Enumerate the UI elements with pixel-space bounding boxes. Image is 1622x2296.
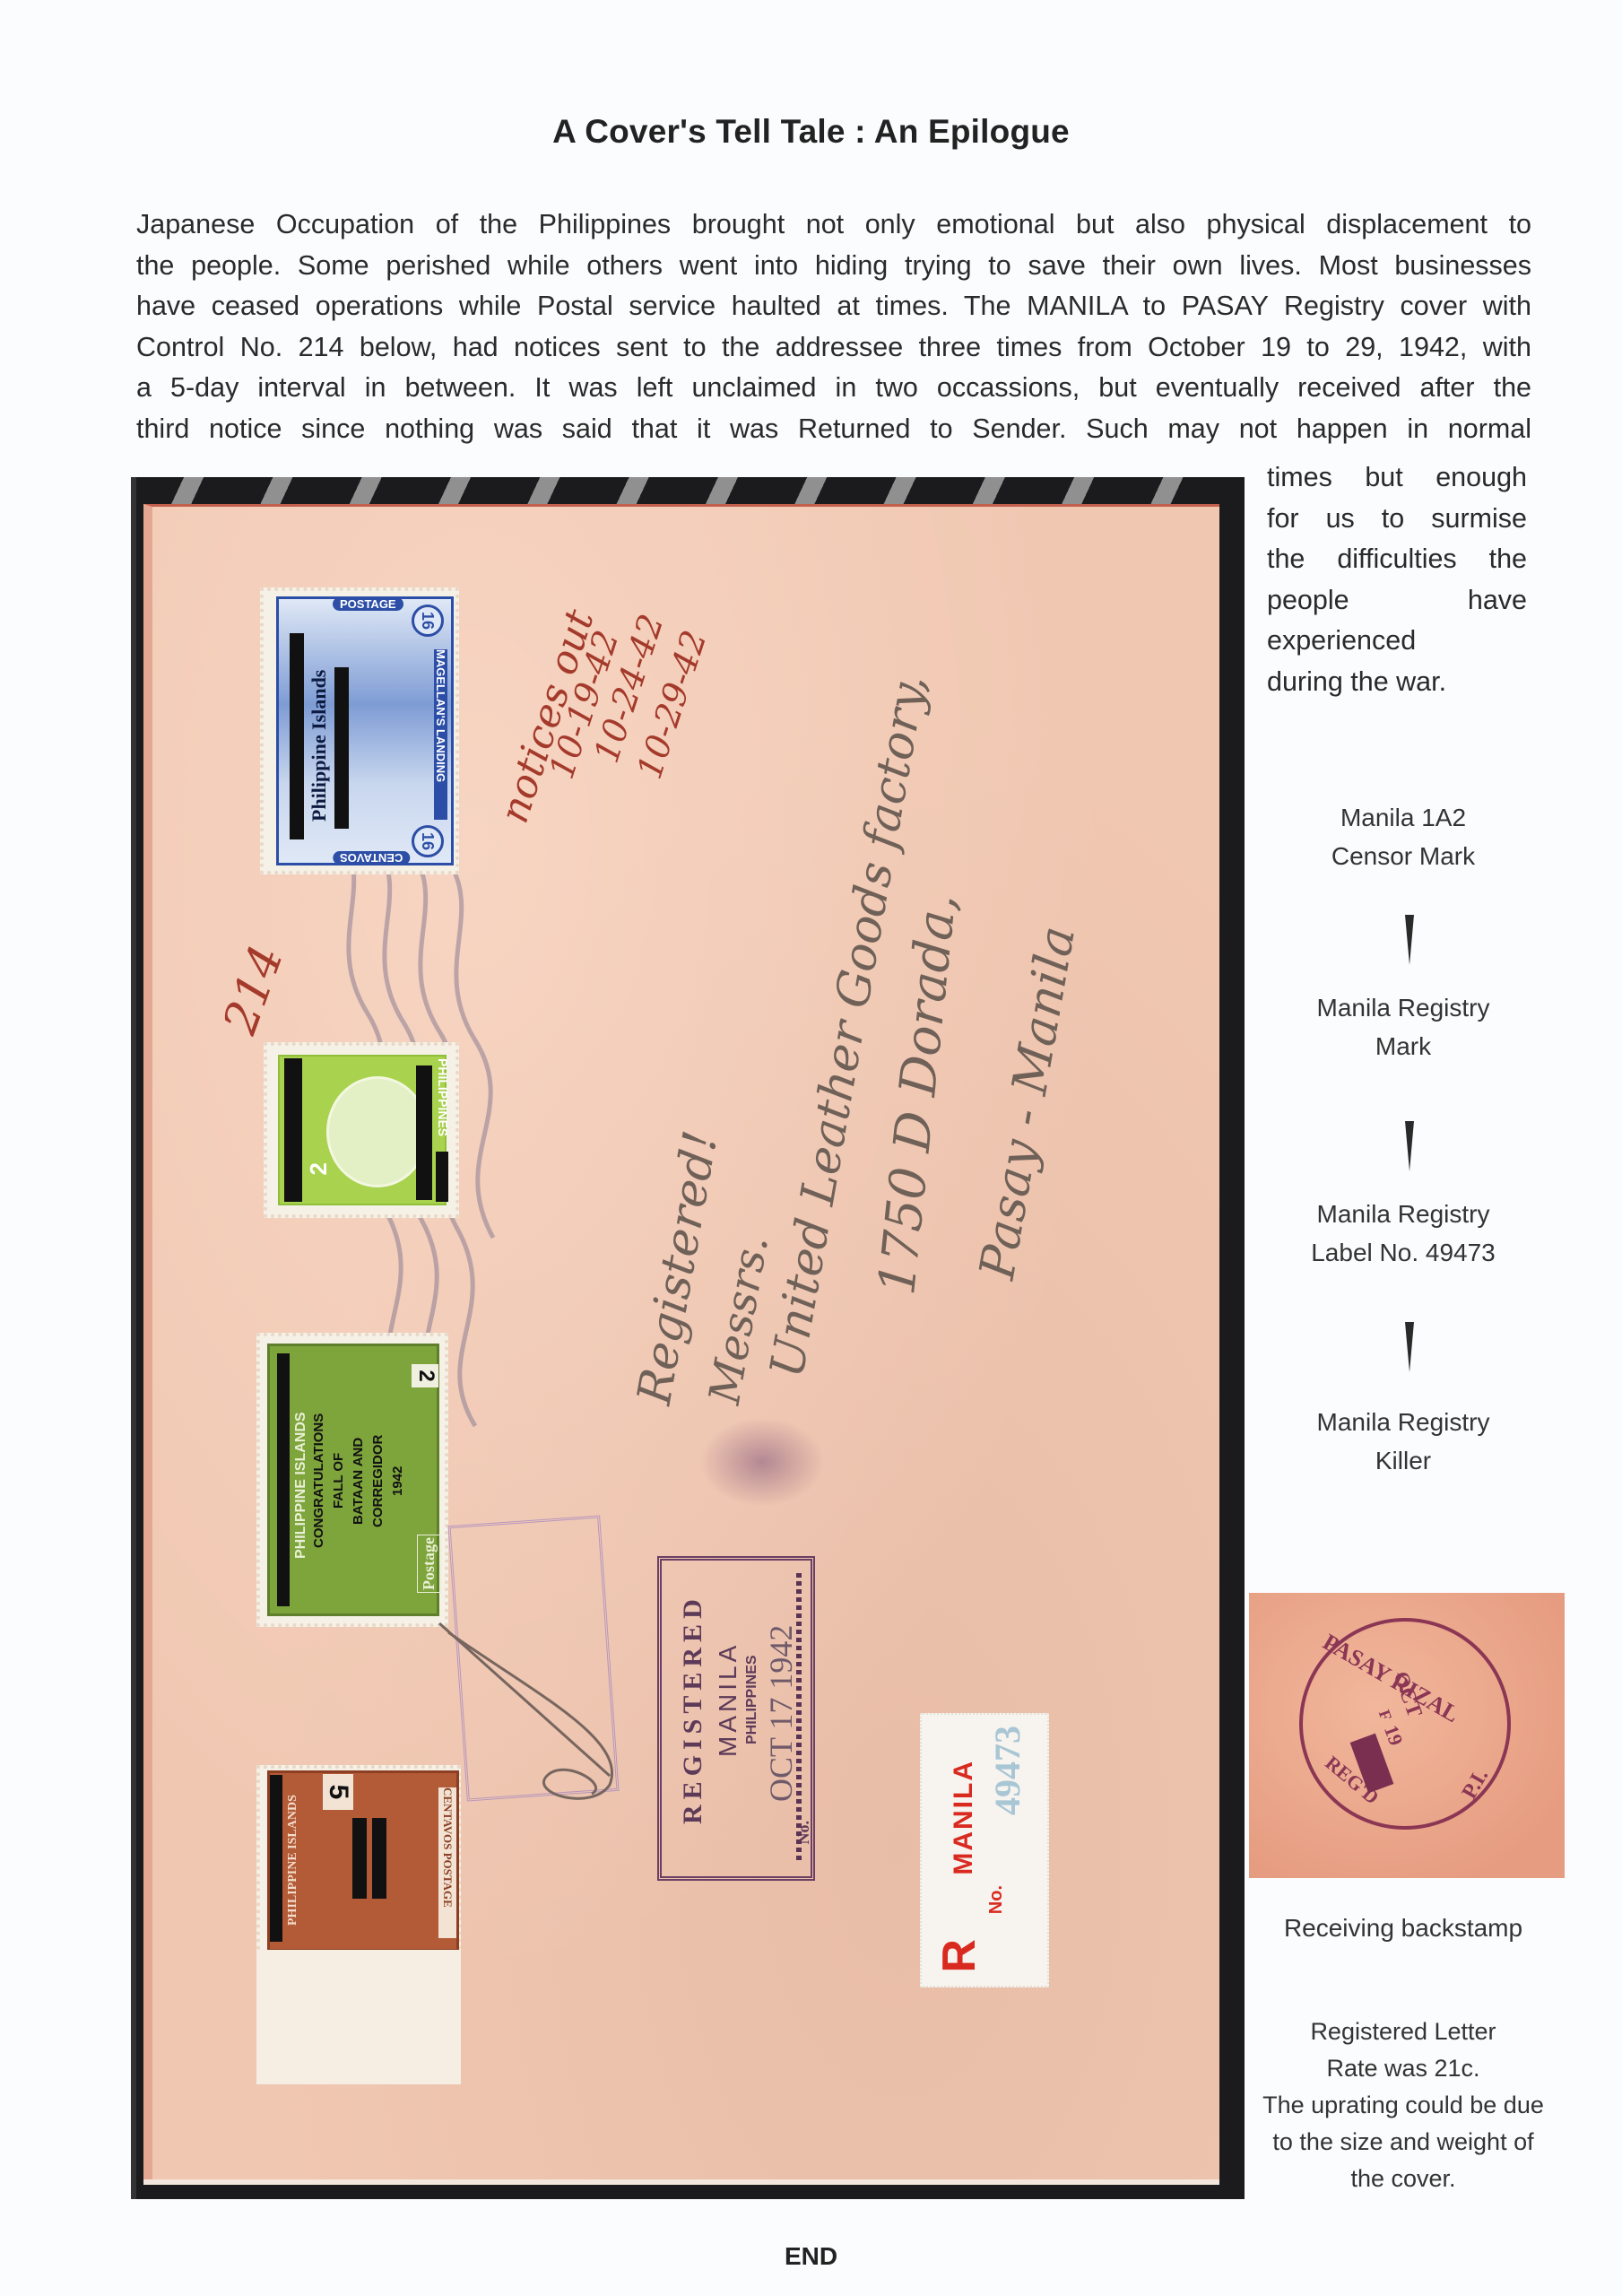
pencil-signature [430, 1614, 646, 1830]
stamp-top-label: PHILIPPINE ISLANDS [293, 1373, 309, 1597]
stamp-face: PHILIPPINE ISLANDS CONGRATULATIONS FALL … [267, 1344, 439, 1616]
intro-line: during the war. [1267, 662, 1527, 703]
registry-label-number: 49473 [986, 1726, 1028, 1815]
obliteration-bar [334, 667, 349, 829]
annotation-registry-killer: Manila Registry Killer [1255, 1403, 1551, 1480]
registry-label-no: No. [986, 1885, 1007, 1914]
cover-bottom-edge [143, 2179, 1219, 2185]
rate-note-line: Registered Letter [1255, 2013, 1551, 2050]
stamp-value: 2 [305, 1162, 333, 1175]
overprint-line: CONGRATULATIONS [311, 1355, 326, 1606]
stamp-value: 16 [412, 604, 444, 637]
stamp-bataan-corregidor: PHILIPPINE ISLANDS CONGRATULATIONS FALL … [256, 1333, 448, 1627]
registry-dotted-line [796, 1573, 802, 1864]
intro-line: have ceased operations while Postal serv… [136, 286, 1531, 327]
intro-paragraph: Japanese Occupation of the Philippines b… [136, 204, 1531, 449]
end-marker: END [0, 2242, 1622, 2271]
overprint-line: FALL OF [331, 1355, 346, 1606]
registry-mark-line: MANILA [714, 1596, 742, 1803]
intro-line: for us to surmise [1267, 499, 1527, 540]
annotation-registry-label: Manila Registry Label No. 49473 [1255, 1195, 1551, 1272]
rate-note-line: the cover. [1255, 2161, 1551, 2197]
registry-mark: REGISTERED MANILA PHILIPPINES OCT 17 194… [657, 1556, 815, 1881]
overprint-line: 1942 [390, 1355, 405, 1606]
obliteration-bar [284, 1058, 302, 1202]
annotation-line: Manila Registry [1255, 1195, 1551, 1233]
annotation-line: Mark [1255, 1027, 1551, 1065]
intro-line: a 5-day interval in between. It was left… [136, 368, 1531, 409]
rate-note-line: to the size and weight of [1255, 2124, 1551, 2161]
rate-note-line: Rate was 21c. [1255, 2050, 1551, 2087]
backstamp-caption: Receiving backstamp [1255, 1909, 1551, 1947]
registry-killer-smudge [699, 1417, 825, 1507]
stamp-top-label: POSTAGE [333, 597, 403, 611]
stamp-value: 16 [412, 825, 444, 857]
registry-label-letter: R [932, 1939, 986, 1973]
stamp-side-label: MAGELLAN'S LANDING [434, 649, 447, 820]
down-arrow-icon [1405, 1121, 1414, 1171]
stamp-portrait [326, 1076, 429, 1187]
registry-label: R No. MANILA 49473 [920, 1713, 1049, 1987]
intro-line: times but enough [1267, 457, 1527, 499]
stamp-overprint: Philippine Islands [308, 646, 331, 822]
overprint-line: CORREGIDOR [370, 1355, 386, 1606]
obliteration-bar [352, 1818, 367, 1899]
rate-note-line: The uprating could be due [1255, 2087, 1551, 2124]
stamp-bottom-label: CENTAVOS [333, 851, 410, 865]
annotation-line: Manila Registry [1255, 988, 1551, 1027]
annotation-line: Killer [1255, 1441, 1551, 1480]
page-title: A Cover's Tell Tale : An Epilogue [0, 113, 1622, 151]
stamp-face: Philippine Islands MAGELLAN'S LANDING 16… [276, 596, 454, 865]
intro-continuation: times but enough for us to surmise the d… [1267, 457, 1527, 702]
stamp-top-label: PHILIPPINE ISLANDS [286, 1800, 300, 1926]
receiving-backstamp-image: PASAY RIZAL P.I. REG'D OCT 19 F [1249, 1593, 1565, 1878]
intro-line: people have [1267, 580, 1527, 622]
intro-line: experienced [1267, 621, 1527, 662]
down-arrow-icon [1405, 1322, 1414, 1372]
mount-glare [154, 477, 1209, 504]
stamp-rizal-2c: PHILIPPINES 2 [264, 1042, 459, 1218]
annotation-line: Manila Registry [1255, 1403, 1551, 1441]
stamp-bottom-label: Postage [417, 1535, 441, 1593]
annotation-registry-mark: Manila Registry Mark [1255, 988, 1551, 1065]
intro-line: the difficulties the [1267, 539, 1527, 580]
stamp-value: 2 [412, 1364, 438, 1387]
rate-note: Registered Letter Rate was 21c. The upra… [1255, 2013, 1551, 2197]
stamp-magellan-16c: Philippine Islands MAGELLAN'S LANDING 16… [260, 587, 459, 874]
registry-mark-line: PHILIPPINES [744, 1614, 760, 1785]
intro-line: Control No. 214 below, had notices sent … [136, 327, 1531, 369]
obliteration-bar [372, 1818, 386, 1899]
obliteration-bar [416, 1065, 432, 1200]
registry-mark-line: REGISTERED [678, 1566, 708, 1853]
annotation-censor-mark: Manila 1A2 Censor Mark [1255, 798, 1551, 875]
obliteration-bar [290, 633, 304, 839]
obliteration-bar [277, 1353, 290, 1606]
down-arrow-icon [1405, 915, 1414, 965]
intro-line: Japanese Occupation of the Philippines b… [136, 204, 1531, 246]
stamp-side-label: PHILIPPINES [436, 1058, 450, 1136]
stamp-face: PHILIPPINES 2 [278, 1055, 447, 1205]
registry-mark-line: OCT 17 1942 [762, 1578, 800, 1848]
intro-line: the people. Some perished while others w… [136, 246, 1531, 287]
intro-line: third notice since nothing was said that… [136, 409, 1531, 450]
obliteration-bar [436, 1152, 448, 1202]
annotation-line: Label No. 49473 [1255, 1233, 1551, 1272]
registry-label-city: MANILA [949, 1760, 979, 1875]
overprint-line: BATAAN AND [351, 1355, 366, 1606]
obliteration-bar [270, 1775, 282, 1942]
stamp-value: 5 [323, 1774, 353, 1810]
annotation-line: Censor Mark [1255, 837, 1551, 875]
annotation-line: Manila 1A2 [1255, 798, 1551, 837]
stamp-selvage [256, 1950, 461, 2084]
